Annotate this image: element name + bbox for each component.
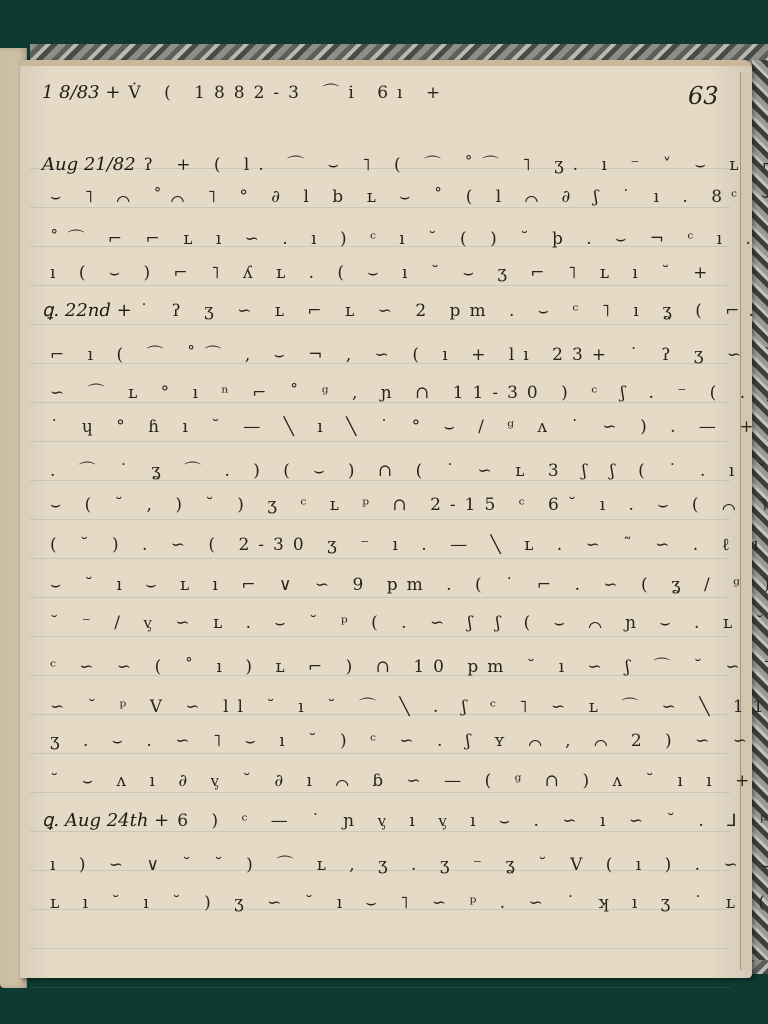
shorthand-text: . ⌒ ˙ ʓ ⌒ . ) ( ⌣ ) ∩ ( ˙ ∽ ʟ 3 ʃ ʃ ( ˙ …: [50, 461, 768, 481]
shorthand-text: ˙ ʔ ʒ ∽ ʟ ⌐ ʟ ∽ 2 pm . ⌣ ᶜ ˥ ı ʓ ( ⌐.: [140, 301, 763, 321]
shorthand-text: ˙ ɥ ° ɦ ı ˘ — ╲ ı ╲ ˙ ° ⌣ / ᵍ ʌ ˙ ∽ ) . …: [50, 417, 768, 437]
shorthand-line: ⌣ ( ˘ , ) ˘ ) ʒ ᶜ ʟ ᵖ ∩ 2-15 ᶜ 6˘ ı . ⌣ …: [42, 494, 732, 515]
shorthand-line: ∽ ⌒ ʟ ° ı ⁿ ⌐ ˚ ᵍ , ɲ ∩ 11-30 ) ᶜ ʃ . ⁻ …: [42, 378, 732, 403]
ruled-line: [30, 519, 730, 520]
ruled-line: [30, 636, 730, 637]
shorthand-line: ꝗ. 22nd +˙ ʔ ʒ ∽ ʟ ⌐ ʟ ∽ 2 pm . ⌣ ᶜ ˥ ı …: [42, 300, 732, 321]
shorthand-line: ⌣ ˘ ı ⌣ ʟ ı ⌐ ∨ ∽ 9 pm . ( ˙ ⌐ . ∽ ( ʓ /…: [42, 574, 732, 595]
longhand-text: 1 8/83 +: [42, 82, 120, 103]
shorthand-line: ⌐ ı ( ⌒ ˚⌒ , ⌣ ¬ , ∽ ( ı + lı 23+ ˙ ʔ ʒ …: [42, 340, 732, 365]
ruled-line: [30, 558, 730, 559]
shorthand-line: ʒ . ⌣ . ∽ ˥ ⌣ ı ˘ ) ᶜ ∽ . ʃ ʏ ⌒ , ⌒ 2 ) …: [42, 730, 732, 751]
shorthand-line: ˚⌒ ⌐ ⌐ ʟ ı ∽ . ı ) ᶜ ı ˘ ( ) ˘ þ . ⌣ ¬ ᶜ…: [42, 224, 732, 249]
shorthand-text: ⌐ ı ( ⌒ ˚⌒ , ⌣ ¬ , ∽ ( ı + lı 23+ ˙ ʔ ʒ …: [50, 345, 768, 365]
ruled-line: [30, 285, 730, 286]
ruled-line: [30, 597, 730, 598]
shorthand-text: ∽ ˘ ᵖ V ∽ ll ˘ ı ˘ ⌒ ╲ . ʃ ᶜ ˥ ∽ ʟ ⌒ ∽ ╲…: [50, 697, 768, 717]
ruled-line: [30, 792, 730, 793]
shorthand-line: ᶜ ∽ ∽ ( ˚ ı ) ʟ ⌐ ) ∩ 10 pm ˘ ı ∽ ʃ ⌒ ˘ …: [42, 652, 732, 677]
shorthand-line: ʟ ı ˘ ı ˘ ) ʒ ∽ ˘ ı ⌣ ˥ ∽ ᵖ . ∽ ˙ ʞ ı ʒ …: [42, 892, 732, 913]
ruled-line: [30, 987, 730, 988]
shorthand-text: ᶜ ∽ ∽ ( ˚ ı ) ʟ ⌐ ) ∩ 10 pm ˘ ı ∽ ʃ ⌒ ˘ …: [50, 657, 768, 677]
shorthand-text: ∽ ⌒ ʟ ° ı ⁿ ⌐ ˚ ᵍ , ɲ ∩ 11-30 ) ᶜ ʃ . ⁻ …: [50, 383, 768, 403]
shorthand-text: ⌣ ( ˘ , ) ˘ ) ʒ ᶜ ʟ ᵖ ∩ 2-15 ᶜ 6˘ ı . ⌣ …: [50, 495, 768, 515]
shorthand-line: ˘ ⁻ / ᶌ ∽ ʟ . ⌣ ˘ ᵖ ( . ∽ ʃ ʃ ( ⌣ ⌒ ɲ ⌣ …: [42, 612, 732, 633]
shorthand-text: ˚⌒ ⌐ ⌐ ʟ ı ∽ . ı ) ᶜ ı ˘ ( ) ˘ þ . ⌣ ¬ ᶜ…: [50, 229, 768, 249]
ruled-line: [30, 831, 730, 832]
shorthand-line: ⌣ ˥ ⌒ ˚⌒ ˥ ° ∂ l b ʟ ⌣ ˚ ( l ⌒ ∂ ʃ ˙ ı .…: [42, 186, 732, 207]
shorthand-text: ı ) ∽ ∨ ˘ ˘ ) ⌒ ʟ , ʒ . ʒ ⁻ ʓ ˘ V ( ı ) …: [50, 855, 768, 875]
ruled-line: [30, 207, 730, 208]
longhand-text: Aug 21/82: [42, 154, 136, 175]
shorthand-text: ˘ ⁻ / ᶌ ∽ ʟ . ⌣ ˘ ᵖ ( . ∽ ʃ ʃ ( ⌣ ⌒ ɲ ⌣ …: [50, 613, 768, 633]
shorthand-text: ˘ ⌣ ʌ ı ∂ ᶌ ˘ ∂ ı ⌒ ɓ ∽ — ( ᵍ ∩ ) ʌ ˘ ı …: [50, 771, 768, 791]
shorthand-line: Aug 21/82ʔ + ( l. ⌒ ⌣ ˥ ( ⌒ ˚⌒ ˥ ʒ. ı ⁻ …: [42, 150, 732, 175]
shorthand-line: ˙ ɥ ° ɦ ı ˘ — ╲ ı ╲ ˙ ° ⌣ / ᵍ ʌ ˙ ∽ ) . …: [42, 416, 732, 437]
shorthand-line: ꝗ. Aug 24th +6 ) ᶜ — ˙ ɲ ᶌ ı ᶌ ı ⌣ . ∽ ı…: [42, 810, 732, 831]
ruled-line: [30, 948, 730, 949]
shorthand-text: ( ˘ ) . ∽ ( 2-30 ʒ ⁻ ı . — ╲ ʟ . ∽ ˜ ∽ .…: [50, 535, 768, 555]
shorthand-line: . ⌒ ˙ ʓ ⌒ . ) ( ⌣ ) ∩ ( ˙ ∽ ʟ 3 ʃ ʃ ( ˙ …: [42, 456, 732, 481]
shorthand-text: ʟ ı ˘ ı ˘ ) ʒ ∽ ˘ ı ⌣ ˥ ∽ ᵖ . ∽ ˙ ʞ ı ʒ …: [50, 893, 768, 913]
shorthand-text: ı ( ⌣ ) ⌐ ˥ ʎ ʟ . ( ⌣ ı ˘ ⌣ ʒ ⌐ ˥ ʟ ı ˘ …: [50, 263, 716, 283]
shorthand-line: 1 8/83 +V̇ ( 1882-3 ⌒i 6ı +: [42, 78, 732, 103]
shorthand-text: ⌣ ˥ ⌒ ˚⌒ ˥ ° ∂ l b ʟ ⌣ ˚ ( l ⌒ ∂ ʃ ˙ ı .…: [50, 187, 768, 207]
shorthand-text: ⌣ ˘ ı ⌣ ʟ ı ⌐ ∨ ∽ 9 pm . ( ˙ ⌐ . ∽ ( ʓ /…: [50, 575, 768, 595]
shorthand-line: ı ) ∽ ∨ ˘ ˘ ) ⌒ ʟ , ʒ . ʒ ⁻ ʓ ˘ V ( ı ) …: [42, 850, 732, 875]
shorthand-text: ʔ + ( l. ⌒ ⌣ ˥ ( ⌒ ˚⌒ ˥ ʒ. ı ⁻ ˅ ⌣ ʟ ⌐ ʟ…: [144, 155, 768, 175]
ruled-line: [30, 441, 730, 442]
shorthand-line: ˘ ⌣ ʌ ı ∂ ᶌ ˘ ∂ ı ⌒ ɓ ∽ — ( ᵍ ∩ ) ʌ ˘ ı …: [42, 770, 732, 791]
shorthand-text: 6 ) ᶜ — ˙ ɲ ᶌ ı ᶌ ı ⌣ . ∽ ı ∽ ˘ . ⅃ ᵖ ⌣ …: [177, 811, 768, 831]
shorthand-line: ı ( ⌣ ) ⌐ ˥ ʎ ʟ . ( ⌣ ı ˘ ⌣ ʒ ⌐ ˥ ʟ ı ˘ …: [42, 262, 732, 283]
longhand-text: ꝗ. Aug 24th +: [42, 810, 169, 831]
shorthand-text: V̇ ( 1882-3 ⌒i 6ı +: [128, 83, 449, 103]
ruled-line: [30, 324, 730, 325]
ruled-line: [30, 753, 730, 754]
shorthand-line: ∽ ˘ ᵖ V ∽ ll ˘ ı ˘ ⌒ ╲ . ʃ ᶜ ˥ ∽ ʟ ⌒ ∽ ╲…: [42, 692, 732, 717]
longhand-text: ꝗ. 22nd +: [42, 300, 132, 321]
shorthand-line: ( ˘ ) . ∽ ( 2-30 ʒ ⁻ ı . — ╲ ʟ . ∽ ˜ ∽ .…: [42, 534, 732, 555]
shorthand-text: ʒ . ⌣ . ∽ ˥ ⌣ ı ˘ ) ᶜ ∽ . ʃ ʏ ⌒ , ⌒ 2 ) …: [50, 731, 768, 751]
